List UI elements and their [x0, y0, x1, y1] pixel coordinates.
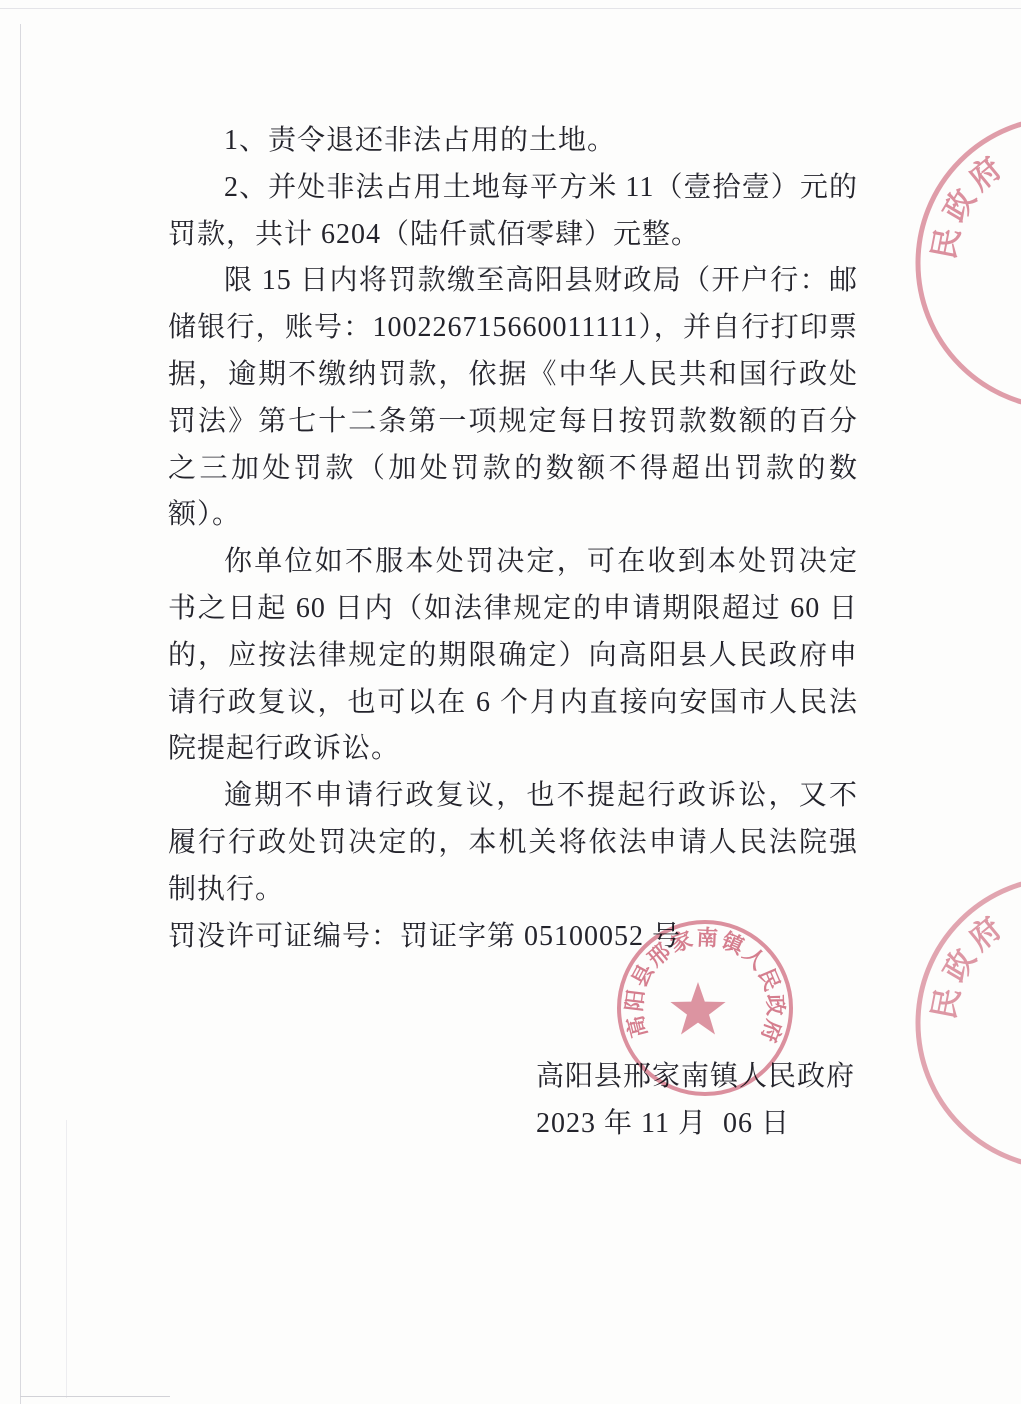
svg-text:民政府: 民政府 [926, 147, 1013, 262]
permit-number-line: 罚没许可证编号：罚证字第 05100052 号 [168, 914, 858, 961]
seal-ring [918, 878, 1021, 1168]
seal-ring-text: 民政府 [926, 147, 1013, 262]
official-seal-edge-bottom: 民政府 [880, 860, 1021, 1180]
scan-artifact-left-line [20, 24, 21, 1404]
paragraph-enforcement: 逾期不申请行政复议，也不提起行政诉讼，又不履行行政处罚决定的，本机关将依法申请人… [168, 773, 858, 913]
svg-text:民政府: 民政府 [926, 907, 1013, 1022]
paragraph-order-item-1: 1、责令退还非法占用的土地。 [168, 118, 858, 165]
scan-artifact-bottom-line [20, 1396, 170, 1397]
scan-artifact-left-line-2 [66, 1120, 67, 1398]
signature-agency: 高阳县邢家南镇人民政府 [536, 1054, 844, 1101]
scan-artifact-top-line [0, 8, 1021, 9]
official-seal-edge-top: 民政府 [880, 100, 1021, 420]
seal-ring [918, 118, 1021, 408]
signature-date: 2023 年 11 月 06 日 [536, 1101, 844, 1148]
document-page: 1、责令退还非法占用的土地。 2、并处非法占用土地每平方米 11（壹拾壹）元的罚… [0, 0, 1021, 1404]
document-body: 1、责令退还非法占用的土地。 2、并处非法占用土地每平方米 11（壹拾壹）元的罚… [168, 118, 858, 1148]
signature-block: 高阳县邢家南镇人民政府 2023 年 11 月 06 日 [536, 1054, 844, 1148]
paragraph-appeal-rights: 你单位如不服本处罚决定，可在收到本处罚决定书之日起 60 日内（如法律规定的申请… [168, 539, 858, 773]
paragraph-payment-instructions: 限 15 日内将罚款缴至高阳县财政局（开户行：邮储银行，账号：100226715… [168, 258, 858, 539]
seal-ring-text: 民政府 [926, 907, 1013, 1022]
paragraph-order-item-2: 2、并处非法占用土地每平方米 11（壹拾壹）元的罚款，共计 6204（陆仟贰佰零… [168, 165, 858, 259]
